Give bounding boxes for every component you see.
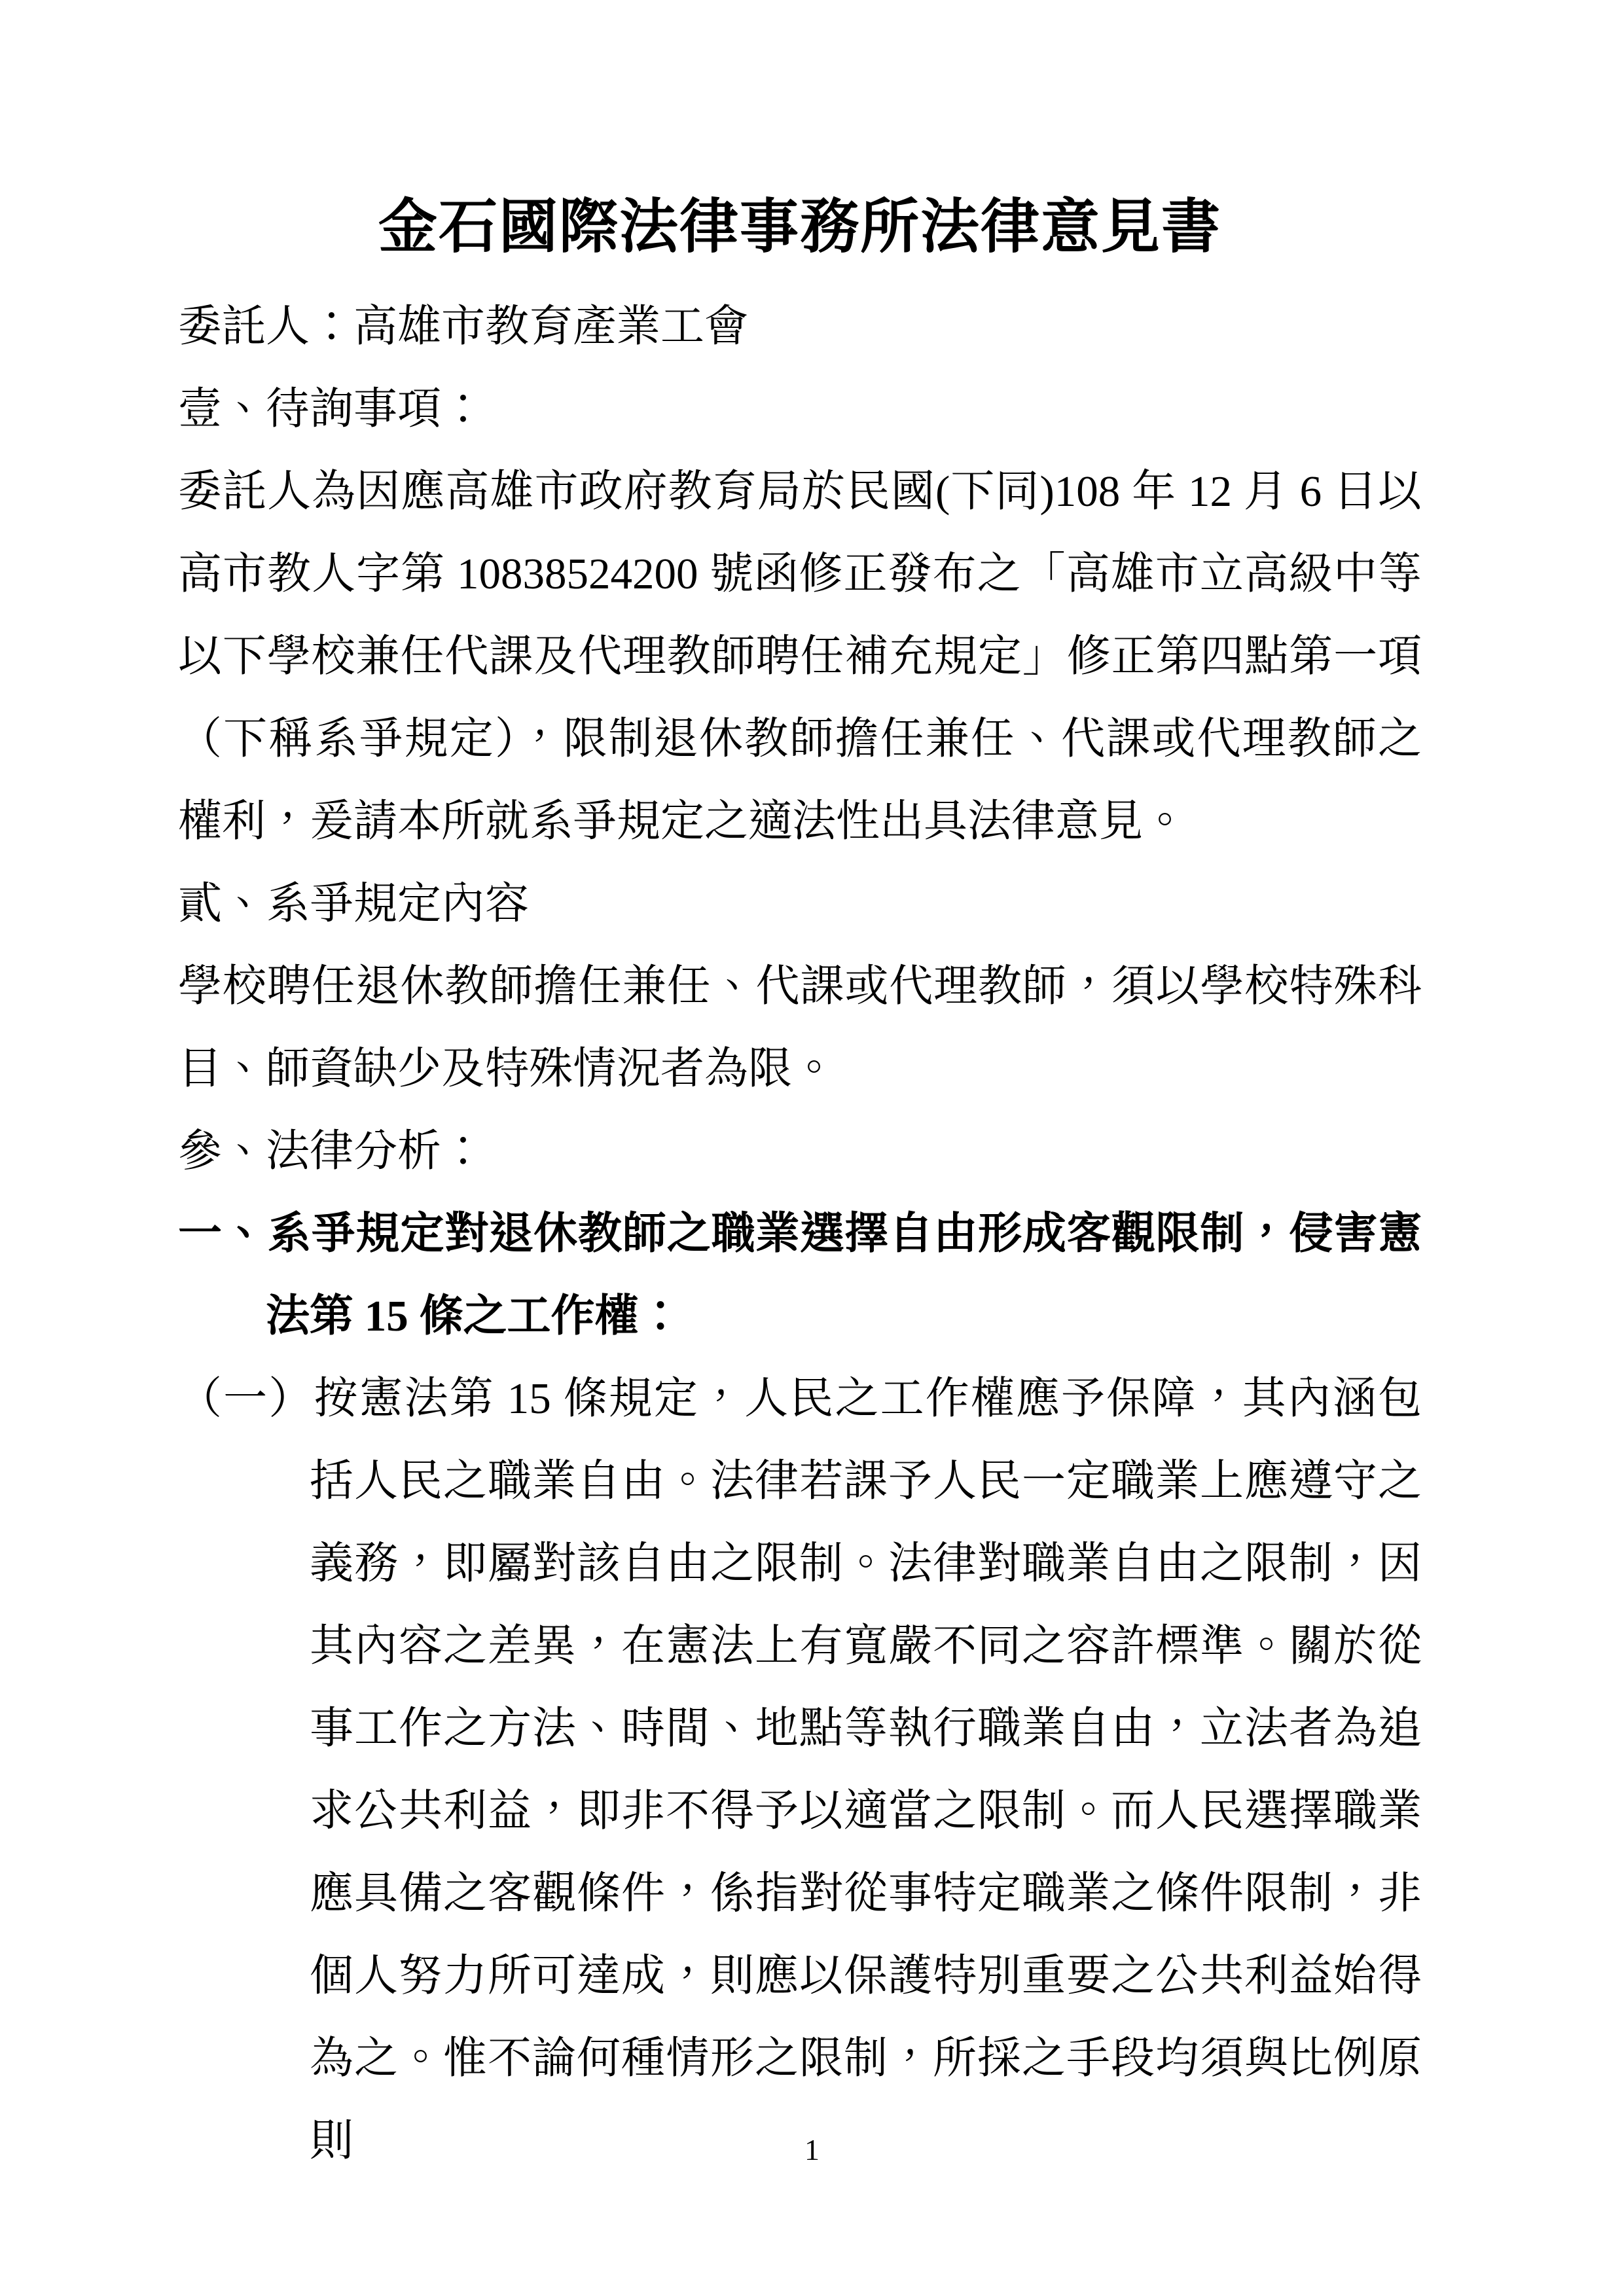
- document-body: 委託人：高雄市教育產業工會 壹、待詢事項： 委託人為因應高雄市政府教育局於民國(…: [178, 285, 1422, 2182]
- analysis-subpoint-1-marker: （一）: [178, 1374, 314, 1423]
- document-title: 金石國際法律事務所法律意見書: [178, 188, 1422, 267]
- document-content: 金石國際法律事務所法律意見書 委託人：高雄市教育產業工會 壹、待詢事項： 委託人…: [178, 188, 1422, 2182]
- page-number: 1: [0, 2135, 1624, 2165]
- analysis-point-1: 一、系爭規定對退休教師之職業選擇自由形成客觀限制，侵害憲法第 15 條之工作權：: [178, 1193, 1422, 1357]
- client-line: 委託人：高雄市教育產業工會: [178, 285, 1422, 368]
- analysis-point-1-marker: 一、: [178, 1210, 267, 1258]
- analysis-subpoint-1-text: 按憲法第 15 條規定，人民之工作權應予保障，其內涵包括人民之職業自由。法律若課…: [310, 1374, 1422, 2165]
- section-1-paragraph: 委託人為因應高雄市政府教育局於民國(下同)108 年 12 月 6 日以高市教人…: [178, 450, 1422, 863]
- section-3-heading: 參、法律分析：: [178, 1110, 1422, 1193]
- analysis-subpoint-1: （一）按憲法第 15 條規定，人民之工作權應予保障，其內涵包括人民之職業自由。法…: [178, 1357, 1422, 2182]
- section-2-heading: 貳、系爭規定內容: [178, 863, 1422, 945]
- section-1-heading: 壹、待詢事項：: [178, 368, 1422, 450]
- section-2-paragraph: 學校聘任退休教師擔任兼任、代課或代理教師，須以學校特殊科目、師資缺少及特殊情況者…: [178, 945, 1422, 1110]
- analysis-point-1-text: 系爭規定對退休教師之職業選擇自由形成客觀限制，侵害憲法第 15 條之工作權：: [266, 1210, 1422, 1340]
- legal-opinion-document-page: 金石國際法律事務所法律意見書 委託人：高雄市教育產業工會 壹、待詢事項： 委託人…: [0, 0, 1624, 2296]
